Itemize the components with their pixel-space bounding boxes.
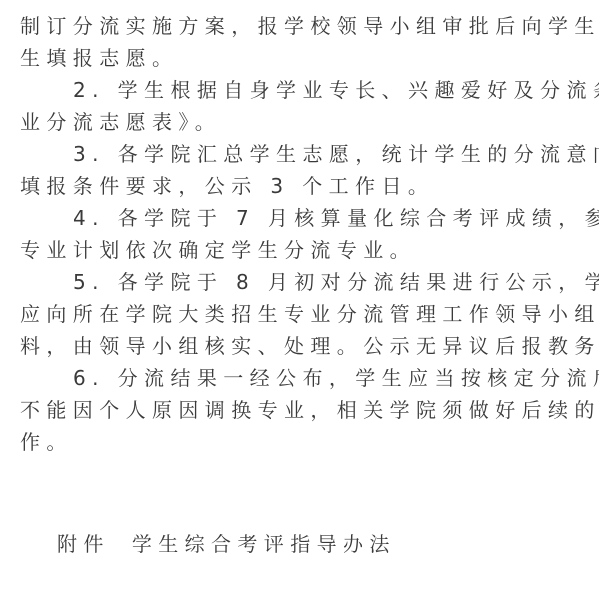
text-line: 作。 — [20, 426, 582, 458]
text-line: 不能因个人原因调换专业，相关学院须做好后续的教学及管理工 — [20, 394, 582, 426]
paragraph-2: 2. 学生根据自身学业专长、兴趣爱好及分流条件填报《专 业分流志愿表》。 — [20, 74, 582, 138]
text-line: 料，由领导小组核实、处理。公示无异议后报教务处备案。 — [20, 330, 582, 362]
paragraph-1: 制订分流实施方案，报学校领导小组审批后向学生公布并指导学 生填报志愿。 — [20, 10, 582, 74]
paragraph-5: 5. 各学院于 8 月初对分流结果进行公示，学生如有异议， 应向所在学院大类招生… — [20, 266, 582, 362]
paragraph-3: 3. 各学院汇总学生志愿，统计学生的分流意向，审核学生 填报条件要求，公示 3 … — [20, 138, 582, 202]
text-line: 3. 各学院汇总学生志愿，统计学生的分流意向，审核学生 — [20, 138, 582, 170]
blank-space — [20, 458, 582, 522]
attachment-line: 附件学生综合考评指导办法 — [20, 528, 582, 560]
text-line: 制订分流实施方案，报学校领导小组审批后向学生公布并指导学 — [20, 10, 582, 42]
attachment-title: 学生综合考评指导办法 — [132, 532, 396, 556]
paragraph-4: 4. 各学院于 7 月核算量化综合考评成绩，参照学生志愿和 专业计划依次确定学生… — [20, 202, 582, 266]
attachment-label: 附件 — [57, 532, 110, 556]
text-line: 5. 各学院于 8 月初对分流结果进行公示，学生如有异议， — [20, 266, 582, 298]
text-line: 生填报志愿。 — [20, 42, 582, 74]
text-line: 6. 分流结果一经公布，学生应当按核定分流后的专业修读， — [20, 362, 582, 394]
text-line: 专业计划依次确定学生分流专业。 — [20, 234, 582, 266]
text-line: 2. 学生根据自身学业专长、兴趣爱好及分流条件填报《专 — [20, 74, 582, 106]
paragraph-6: 6. 分流结果一经公布，学生应当按核定分流后的专业修读， 不能因个人原因调换专业… — [20, 362, 582, 458]
text-line: 应向所在学院大类招生专业分流管理工作领导小组提交书面材 — [20, 298, 582, 330]
text-line: 填报条件要求，公示 3 个工作日。 — [20, 170, 582, 202]
text-line: 4. 各学院于 7 月核算量化综合考评成绩，参照学生志愿和 — [20, 202, 582, 234]
document-page: 制订分流实施方案，报学校领导小组审批后向学生公布并指导学 生填报志愿。 2. 学… — [20, 10, 582, 560]
text-line: 业分流志愿表》。 — [20, 106, 582, 138]
